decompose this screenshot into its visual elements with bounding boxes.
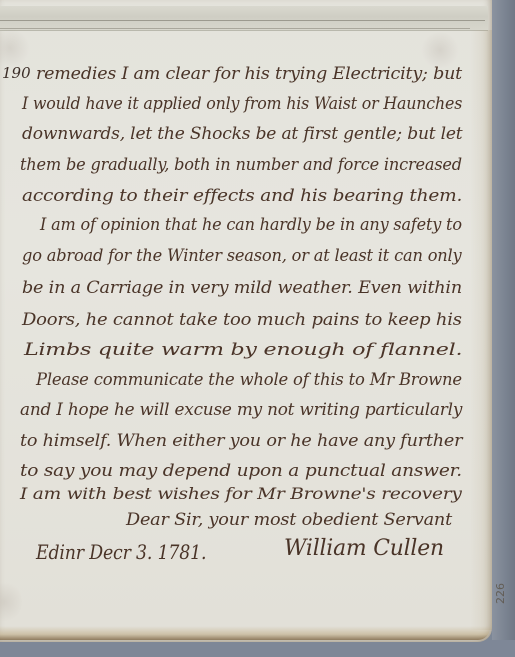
signature: William Cullen	[284, 536, 444, 561]
top-fold	[0, 6, 488, 31]
scan-backdrop-bottom	[0, 640, 515, 657]
dateline: Edinr Decr 3. 1781.	[36, 540, 206, 564]
manuscript-page: 190 remedies I am clear for his trying E…	[0, 0, 492, 642]
page-gutter-shadow	[470, 30, 492, 630]
letter-line: and I hope he will excuse my not writing…	[20, 400, 462, 420]
letter-line: go abroad for the Winter season, or at l…	[22, 246, 461, 266]
letter-line: I am of opinion that he can hardly be in…	[40, 215, 462, 235]
paper-stain	[420, 32, 460, 68]
letter-line: to himself. When either you or he have a…	[20, 431, 462, 451]
letter-line: Please communicate the whole of this to …	[36, 370, 462, 390]
letter-line: remedies I am clear for his trying Elect…	[36, 64, 462, 84]
closing-line: Dear Sir, your most obedient Servant	[126, 510, 452, 530]
letter-line: according to their effects and his beari…	[22, 186, 462, 206]
letter-line: them be gradually, both in number and fo…	[20, 155, 462, 175]
scan-backdrop-right	[492, 0, 515, 657]
letter-line: Doors, he cannot take too much pains to …	[22, 310, 462, 330]
letter-line: downwards, let the Shocks be at first ge…	[22, 124, 462, 144]
letter-line: Limbs quite warm by enough of flannel.	[24, 340, 462, 360]
letter-line: I would have it applied only from his Wa…	[22, 94, 462, 114]
manuscript-scan: 190 remedies I am clear for his trying E…	[0, 0, 515, 657]
paper-stain	[0, 580, 22, 624]
letter-line: I am with best wishes for Mr Browne's re…	[20, 484, 462, 503]
page-number: 226	[494, 583, 507, 604]
paper-stain	[0, 28, 30, 68]
folio-mark: 190	[2, 64, 31, 82]
page-bottom-edge	[0, 626, 490, 640]
letter-line: be in a Carriage in very mild weather. E…	[22, 278, 462, 298]
fold-line	[0, 20, 485, 21]
letter-line: to say you may depend upon a punctual an…	[20, 461, 462, 481]
fold-line	[0, 28, 470, 29]
